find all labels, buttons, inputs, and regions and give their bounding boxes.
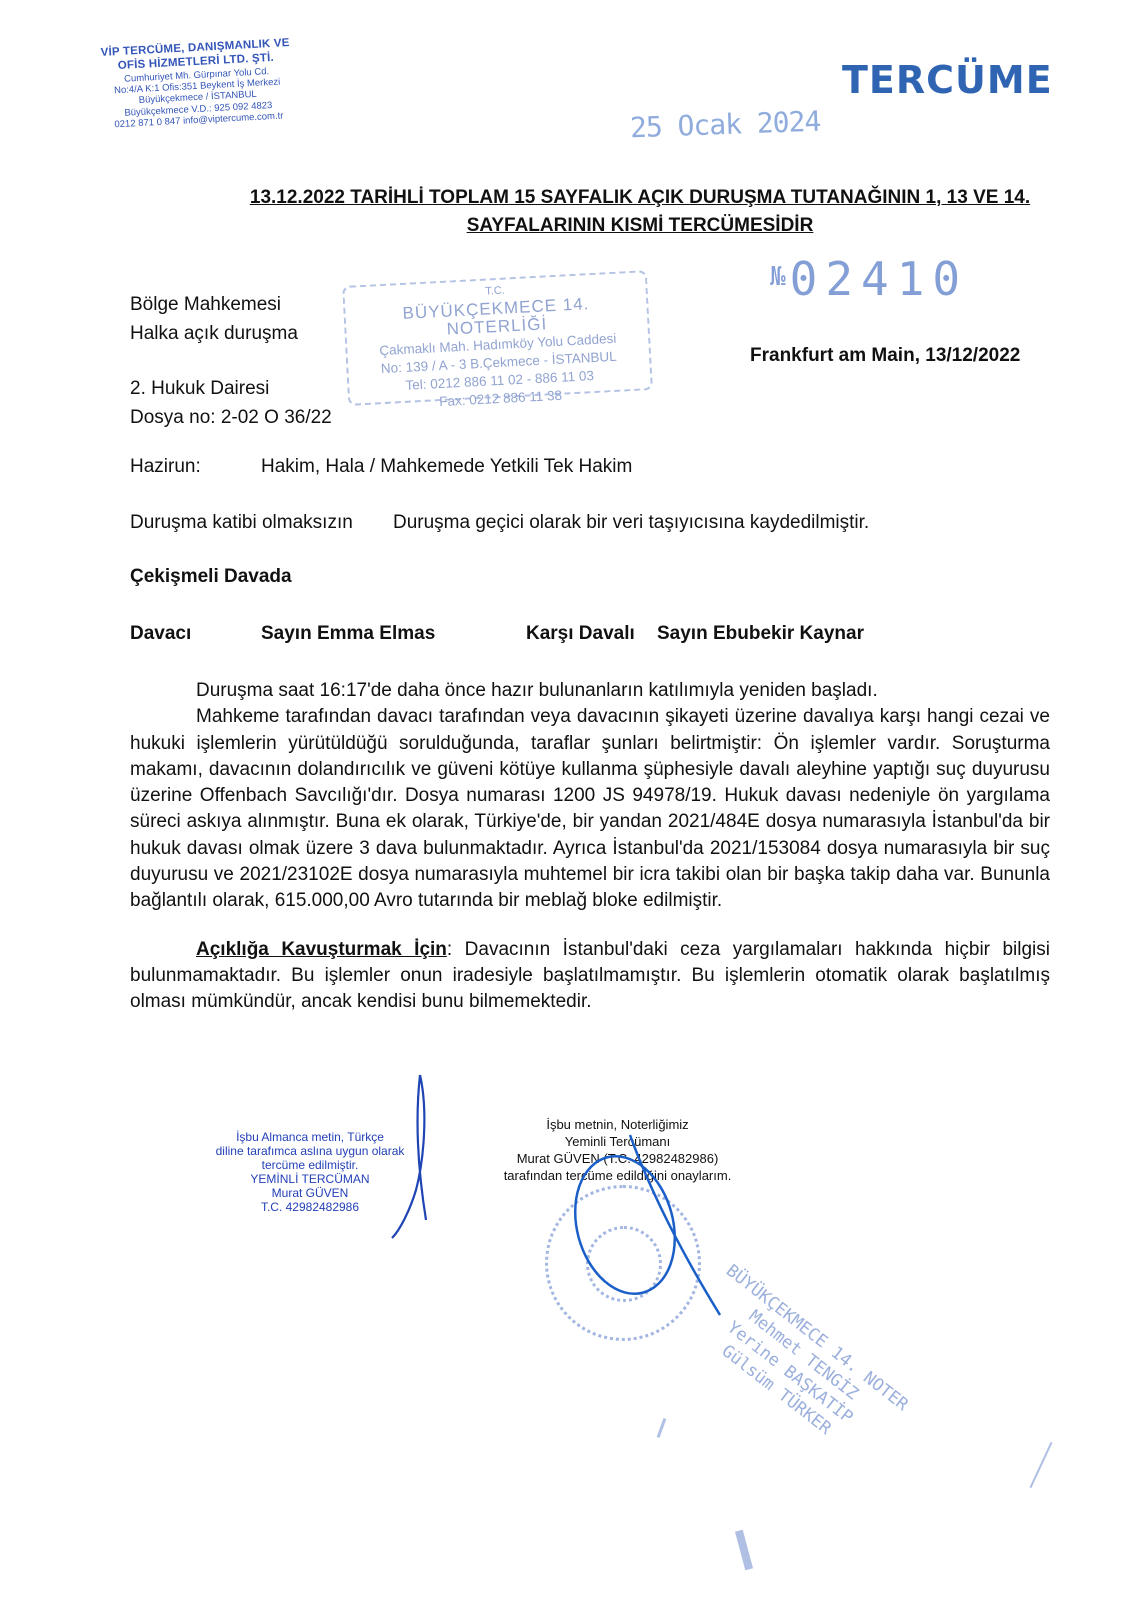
place-date: Frankfurt am Main, 13/12/2022 bbox=[750, 345, 1020, 367]
notary-address-stamp: T.C. BÜYÜKÇEKMECE 14. NOTERLİĞİ Çakmaklı… bbox=[342, 270, 653, 406]
document-title-line1: 13.12.2022 TARİHLİ TOPLAM 15 SAYFALIK AÇ… bbox=[120, 184, 1131, 212]
court-header: Bölge Mahkemesi Halka açık duruşma 2. Hu… bbox=[130, 290, 332, 432]
court-name: Bölge Mahkemesi bbox=[130, 290, 332, 319]
company-letterhead: VİP TERCÜME, DANIŞMANLIK VE OFİS HİZMETL… bbox=[80, 36, 314, 132]
translator-name: Murat GÜVEN bbox=[195, 1186, 425, 1200]
translator-title: YEMİNLİ TERCÜMAN bbox=[195, 1172, 425, 1186]
document-title-line2: SAYFALARININ KISMİ TERCÜMESİDİR bbox=[120, 212, 1131, 240]
tercume-stamp: TERCÜME bbox=[842, 58, 1053, 102]
paragraph-clarification: Açıklığa Kavuşturmak İçin: Davacının İst… bbox=[130, 937, 1050, 1016]
paragraph-resumption: Duruşma saat 16:17'de daha önce hazır bu… bbox=[130, 678, 1050, 704]
defendant-label: Karşı Davalı bbox=[526, 623, 635, 645]
session-type: Halka açık duruşma bbox=[130, 319, 332, 348]
clarification-heading: Açıklığa Kavuşturmak İçin bbox=[196, 939, 447, 960]
clerk-value: Duruşma geçici olarak bir veri taşıyıcıs… bbox=[393, 512, 869, 534]
cert-line: tercüme edilmiştir. bbox=[195, 1158, 425, 1172]
ink-mark bbox=[1030, 1442, 1053, 1488]
date-stamp: 25 Ocak 2024 bbox=[629, 105, 820, 145]
ink-mark bbox=[735, 1530, 753, 1571]
cert-line: diline tarafımca aslına uygun olarak bbox=[195, 1144, 425, 1158]
court-chamber: 2. Hukuk Dairesi bbox=[130, 374, 332, 403]
plaintiff-label: Davacı bbox=[130, 623, 191, 645]
attendees-label: Hazirun: bbox=[130, 456, 201, 478]
cert-line: İşbu Almanca metin, Türkçe bbox=[195, 1130, 425, 1144]
translator-certification: İşbu Almanca metin, Türkçe diline tarafı… bbox=[195, 1130, 425, 1214]
ink-mark bbox=[657, 1418, 667, 1438]
serial-number-stamp: №02410 bbox=[770, 252, 968, 306]
plaintiff-name: Sayın Emma Elmas bbox=[261, 623, 435, 645]
document-title: 13.12.2022 TARİHLİ TOPLAM 15 SAYFALIK AÇ… bbox=[120, 184, 1131, 240]
paragraph-proceedings: Mahkeme tarafından davacı tarafından vey… bbox=[130, 704, 1050, 914]
body-text: Duruşma saat 16:17'de daha önce hazır bu… bbox=[130, 678, 1050, 1016]
colon: : bbox=[447, 939, 465, 960]
attendees-value: Hakim, Hala / Mahkemede Yetkili Tek Haki… bbox=[261, 456, 632, 478]
translator-id: T.C. 42982482986 bbox=[195, 1200, 425, 1214]
serial-number: 02410 bbox=[790, 252, 968, 306]
file-number: Dosya no: 2-02 O 36/22 bbox=[130, 403, 332, 432]
notary-seal-stamp: BÜYÜKÇEKMECE 14. NOTER Mehmet TENGİZ Yer… bbox=[681, 1260, 913, 1468]
numero-sign-icon: № bbox=[770, 262, 786, 292]
clerk-label: Duruşma katibi olmaksızın bbox=[130, 512, 353, 534]
defendant-name: Sayın Ebubekir Kaynar bbox=[657, 623, 864, 645]
case-heading: Çekişmeli Davada bbox=[130, 566, 292, 588]
